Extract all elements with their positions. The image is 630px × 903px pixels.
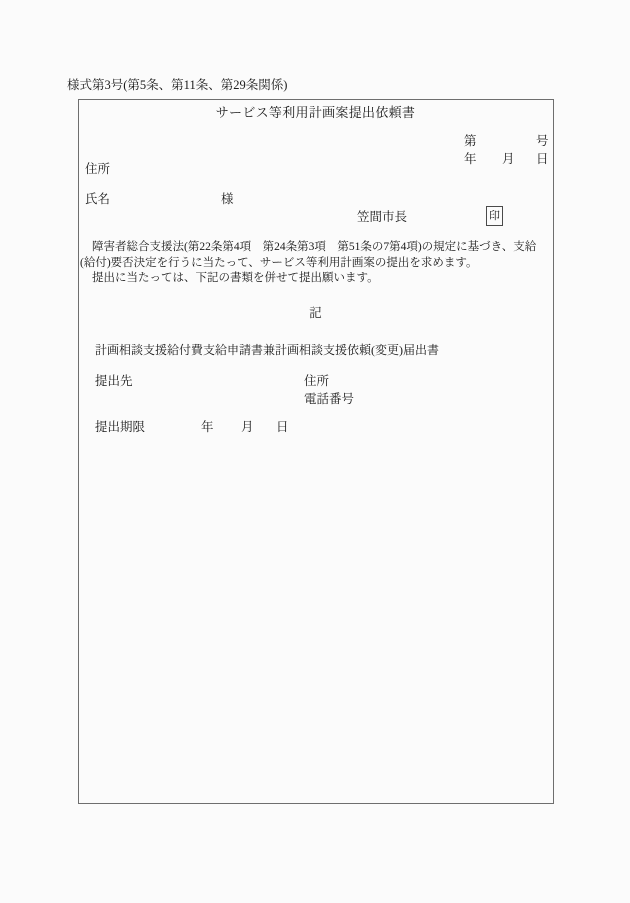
deadline-day-label: 日 — [276, 420, 289, 435]
submission-to-label: 提出先 — [95, 374, 133, 389]
addressee-address-label: 住所 — [85, 162, 110, 177]
document-page: 様式第3号(第5条、第11条、第29条関係) サービス等利用計画案提出依頼書 第… — [0, 0, 630, 903]
addressee-name-label: 氏名 — [85, 192, 110, 207]
date-day-label: 日 — [536, 152, 549, 167]
body-paragraph-line-1: 障害者総合支援法(第22条第4項 第24条第3項 第51条の7第4項)の規定に基… — [92, 241, 536, 255]
list-header-ki: 記 — [78, 306, 553, 321]
document-title: サービス等利用計画案提出依頼書 — [78, 105, 553, 121]
addressee-honorific: 様 — [221, 192, 234, 207]
submission-address-label: 住所 — [304, 374, 329, 389]
deadline-year-label: 年 — [201, 420, 214, 435]
date-year-label: 年 — [464, 152, 477, 167]
deadline-month-label: 月 — [241, 420, 254, 435]
body-paragraph-line-3: 提出に当たっては、下記の書類を併せて提出願います。 — [92, 272, 379, 286]
required-document-name: 計画相談支援給付費支給申請書兼計画相談支援依頼(変更)届出書 — [95, 343, 439, 357]
form-style-label: 様式第3号(第5条、第11条、第29条関係) — [67, 78, 287, 93]
submission-deadline-label: 提出期限 — [95, 420, 145, 435]
doc-number-prefix: 第 — [464, 134, 477, 149]
seal-stamp-box: 印 — [486, 206, 503, 226]
sender-mayor-name: 笠間市長 — [357, 210, 407, 225]
form-border-box — [78, 99, 554, 804]
body-paragraph-line-2: (給付)要否決定を行うに当たって、サービス等利用計画案の提出を求めます。 — [80, 257, 478, 271]
submission-phone-label: 電話番号 — [304, 392, 354, 407]
date-month-label: 月 — [502, 152, 515, 167]
doc-number-suffix: 号 — [536, 134, 549, 149]
